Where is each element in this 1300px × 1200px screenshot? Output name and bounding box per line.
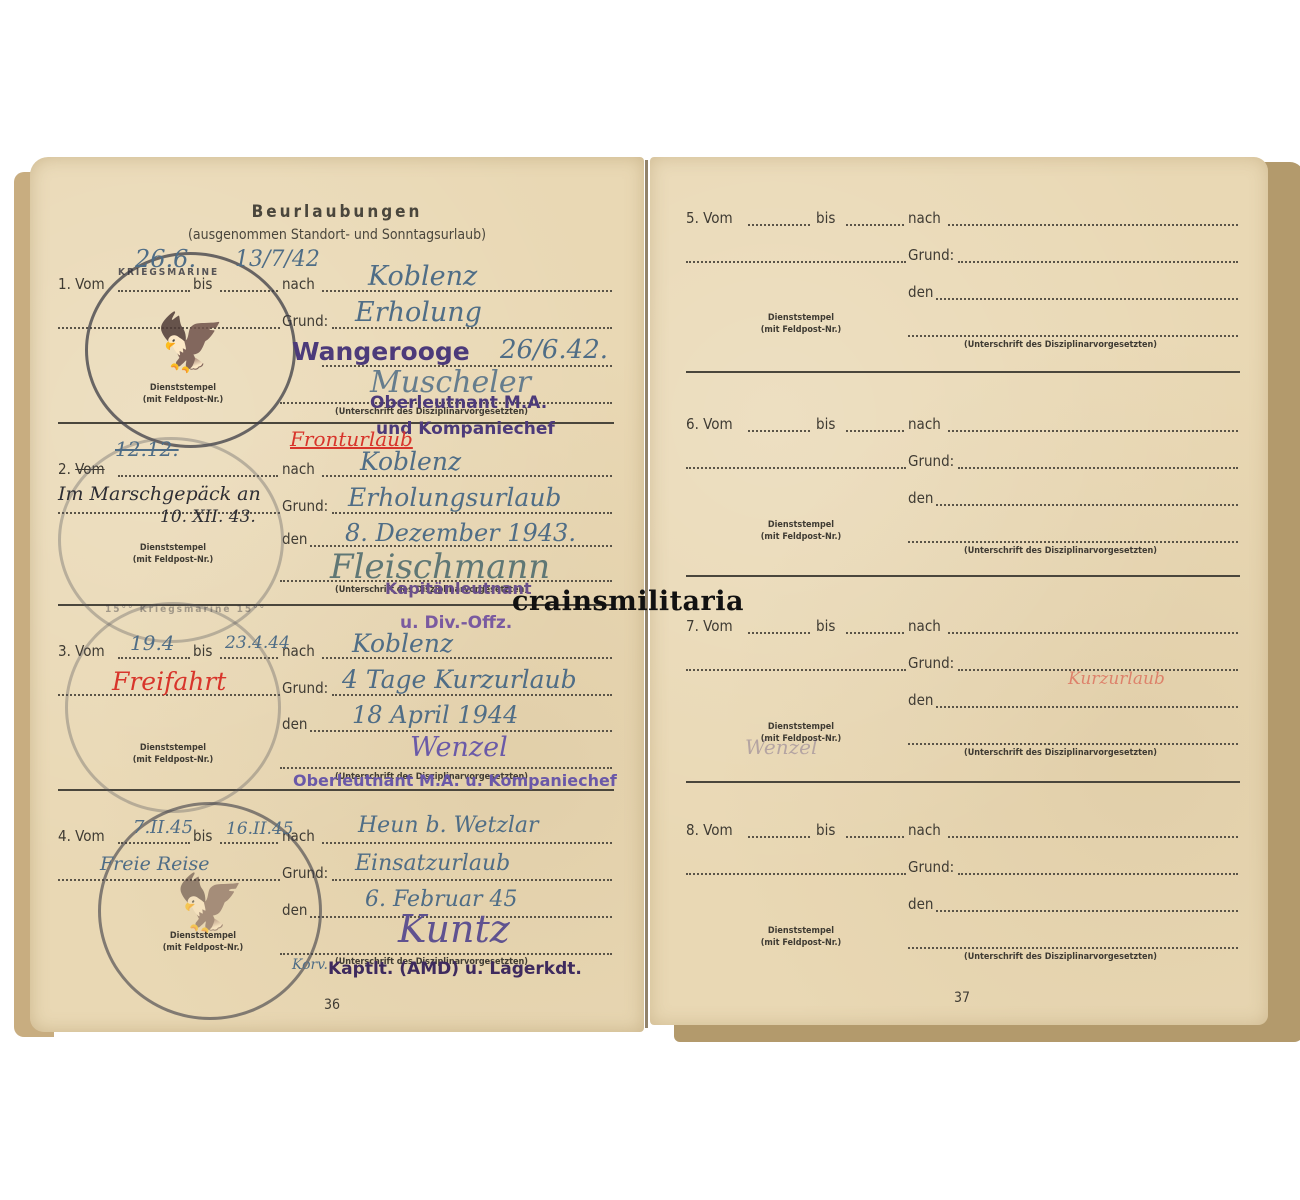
nach-label: nach [282, 275, 315, 293]
seal-inscription: 15°° Kriegsmarine 15°° [105, 604, 266, 615]
nach-field [948, 632, 1238, 634]
grund-field [332, 512, 612, 514]
signature-caption: (Unterschrift des Disziplinarvorgesetzte… [964, 748, 1157, 758]
nach-field [948, 836, 1238, 838]
den-label: den [908, 895, 933, 913]
nach-label: nach [908, 209, 941, 227]
nach-field [948, 430, 1238, 432]
bis-field [846, 430, 904, 432]
entry-number: 1. Vom [58, 275, 105, 293]
handwritten-signature: Wenzel [410, 732, 508, 763]
bis-label: bis [816, 617, 835, 635]
rank-stamp: Kaptlt. (AMD) u. Lagerkdt. [328, 959, 582, 979]
entry-number: 5. Vom [686, 209, 733, 227]
signature-field [908, 743, 1238, 745]
vom-field [748, 836, 810, 838]
handwritten-grund: Einsatzurlaub [355, 851, 510, 876]
handwritten-bis: 13/7/42 [235, 247, 320, 272]
note-field [686, 467, 906, 469]
entry-number: 4. Vom [58, 827, 105, 845]
signature-field [908, 335, 1238, 337]
den-field [936, 504, 1238, 506]
page-number: 36 [324, 997, 340, 1013]
den-label: den [908, 489, 933, 507]
grund-field [332, 879, 612, 881]
vom-field [748, 632, 810, 634]
handwritten-vom: 7.II.45 [133, 817, 193, 838]
handwritten-bis: 23.4.44 [225, 633, 290, 653]
note-field [686, 873, 906, 875]
watermark-text: crainsmilitaria [512, 586, 744, 617]
handwritten-note: Freie Reise [100, 853, 210, 875]
handwritten-den: 18 April 1944 [352, 701, 518, 729]
note-field [686, 669, 906, 671]
stamp-label: Dienststempel(mit Feldpost-Nr.) [108, 542, 238, 566]
den-label: den [282, 715, 307, 733]
rank-stamp: Kapitänleutnant [385, 579, 532, 598]
entry-divider [686, 781, 1240, 783]
handwritten-note-date: 10. XII. 43. [160, 507, 256, 527]
handwritten-vom: 12.12. [115, 437, 179, 461]
handwritten-nach: Heun b. Wetzlar [358, 813, 539, 838]
nach-label: nach [908, 415, 941, 433]
grund-label: Grund: [282, 497, 328, 515]
grund-label: Grund: [282, 679, 328, 697]
bis-label: bis [816, 821, 835, 839]
stamp-label: Dienststempel(mit Feldpost-Nr.) [108, 742, 238, 766]
den-field [936, 298, 1238, 300]
bis-field [846, 224, 904, 226]
nach-field [948, 224, 1238, 226]
grund-label: Grund: [908, 452, 954, 470]
entry-number: 7. Vom [686, 617, 733, 635]
page-subtitle: (ausgenommen Standort- und Sonntagsurlau… [30, 227, 644, 243]
note-field [686, 261, 906, 263]
page-number: 37 [954, 990, 970, 1006]
handwritten-den: 26/6.42. [500, 335, 608, 365]
den-label: den [282, 530, 307, 548]
entry-number: 6. Vom [686, 415, 733, 433]
handwritten-bis: 16.II.45 [226, 819, 294, 839]
handwritten-grund: Erholung [355, 297, 482, 328]
signature-field [908, 947, 1238, 949]
handwritten-grund: Erholungsurlaub [348, 483, 561, 512]
den-label: den [908, 691, 933, 709]
grund-label: Grund: [908, 246, 954, 264]
page-title: Beurlaubungen [30, 202, 644, 222]
vom-field [748, 430, 810, 432]
place-stamp: Wangerooge [292, 337, 470, 366]
entry-number: 8. Vom [686, 821, 733, 839]
handwritten-signature: Kuntz [398, 907, 510, 951]
signature-prefix: Korv. [292, 957, 328, 973]
grund-label: Grund: [908, 858, 954, 876]
ink-offset-red: Kurzurlaub [1068, 669, 1165, 689]
rank-stamp: Oberleutnant M.A. u. Kompaniechef [293, 771, 617, 790]
signature-caption: (Unterschrift des Disziplinarvorgesetzte… [964, 546, 1157, 556]
stamp-label: Dienststempel(mit Feldpost-Nr.) [736, 312, 866, 336]
bis-field [846, 836, 904, 838]
eagle-emblem-icon: 🦅 [156, 315, 226, 371]
signature-field [908, 541, 1238, 543]
den-field [936, 706, 1238, 708]
handwritten-den: 8. Dezember 1943. [345, 519, 576, 547]
ink-offset-purple: Wenzel [745, 735, 817, 759]
bis-label: bis [816, 415, 835, 433]
handwritten-nach: Koblenz [368, 261, 477, 292]
grund-label: Grund: [908, 654, 954, 672]
grund-field [332, 694, 612, 696]
nach-label: nach [282, 460, 315, 478]
signature-field [280, 767, 612, 769]
handwritten-nach: Koblenz [360, 447, 461, 476]
den-label: den [908, 283, 933, 301]
handwritten-note: Im Marschgepäck an [58, 483, 261, 505]
rank-stamp: Oberleutnant M.A. [370, 393, 547, 413]
handwritten-vom: 19.4 [130, 631, 175, 655]
handwritten-nach: Koblenz [352, 629, 453, 658]
eagle-emblem-icon: 🦅 [175, 876, 245, 932]
stamp-label: Dienststempel(mit Feldpost-Nr.) [736, 925, 866, 949]
grund-field [958, 261, 1238, 263]
grund-field [958, 873, 1238, 875]
vom-field [748, 224, 810, 226]
signature-caption: (Unterschrift des Disziplinarvorgesetzte… [964, 340, 1157, 350]
den-field [936, 910, 1238, 912]
handwritten-vom: 26.6. [135, 245, 196, 273]
handwritten-grund: 4 Tage Kurzurlaub [342, 665, 577, 694]
bis-label: bis [816, 209, 835, 227]
entry-divider [686, 371, 1240, 373]
nach-label: nach [908, 821, 941, 839]
stamp-label: Dienststempel(mit Feldpost-Nr.) [736, 519, 866, 543]
bis-field [846, 632, 904, 634]
stamp-label: Dienststempel(mit Feldpost-Nr.) [118, 382, 248, 406]
signature-field [280, 953, 612, 955]
kriegsmarine-seal: 🦅 KRIEGSMARINE [85, 252, 296, 448]
stamp-label: Dienststempel(mit Feldpost-Nr.) [138, 930, 268, 954]
grund-field [958, 467, 1238, 469]
nach-field [322, 842, 612, 844]
signature-caption: (Unterschrift des Disziplinarvorgesetzte… [964, 952, 1157, 962]
nach-label: nach [908, 617, 941, 635]
entry-divider [686, 575, 1240, 577]
red-note: Freifahrt [112, 667, 226, 696]
